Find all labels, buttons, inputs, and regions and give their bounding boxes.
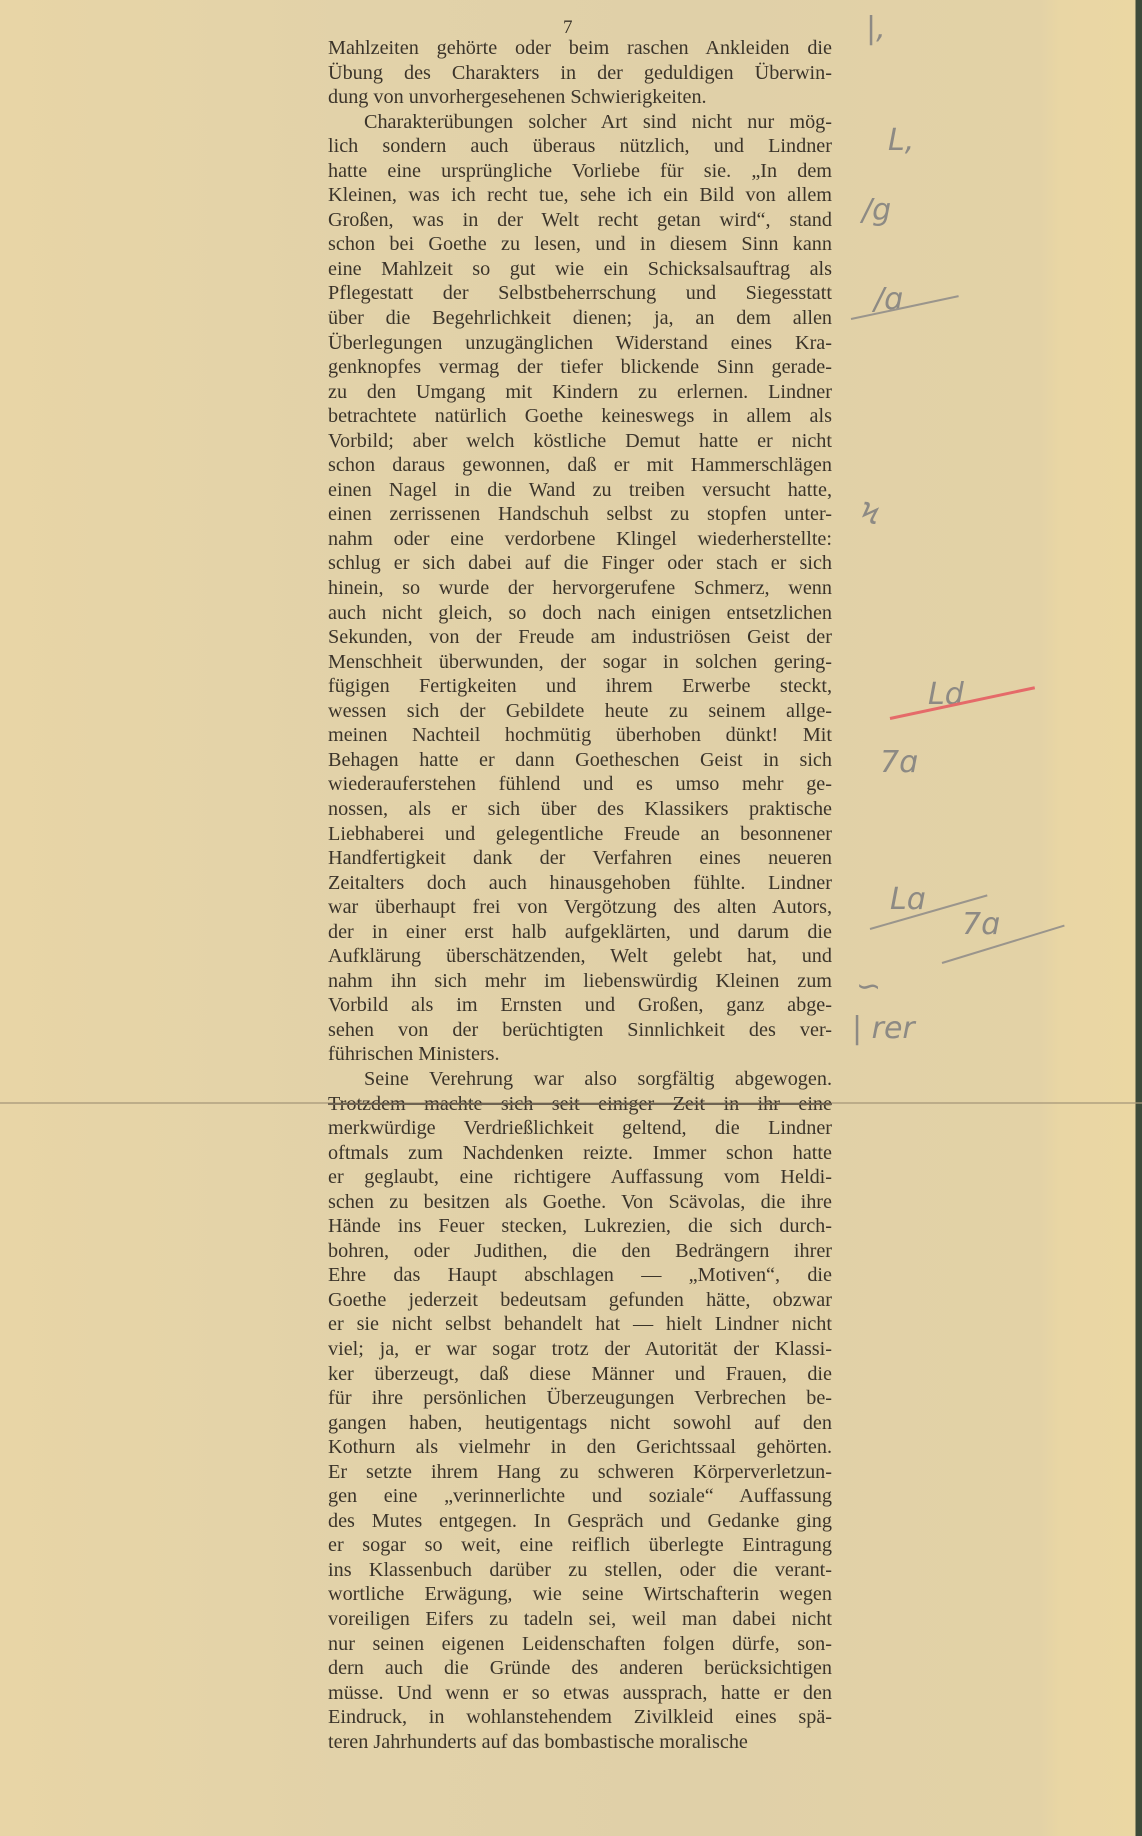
text-line: über die Begehrlichkeit dienen; ja, an d… — [328, 306, 832, 331]
handwritten-margin-note: 7ɑ — [880, 748, 918, 778]
text-line: schlug er sich dabei auf die Finger oder… — [328, 551, 832, 576]
handwritten-margin-note: ∽ — [856, 972, 881, 1002]
text-line: Behagen hatte er dann Goetheschen Geist … — [328, 748, 832, 773]
text-line: Hände ins Feuer stecken, Lukrezien, die … — [328, 1214, 832, 1239]
text-line: Handfertigkeit dank der Verfahren eines … — [328, 846, 832, 871]
text-line: Aufklärung überschätzenden, Welt gelebt … — [328, 944, 832, 969]
text-line: hinein, so wurde der hervorgerufene Schm… — [328, 576, 832, 601]
handwritten-margin-note: Ϟ — [860, 500, 880, 530]
text-line: Trotzdem machte sich seit einiger Zeit i… — [328, 1092, 832, 1117]
text-line: wiederauferstehen fühlend und es umso me… — [328, 772, 832, 797]
text-line: Überlegungen unzugänglichen Widerstand e… — [328, 331, 832, 356]
handwritten-margin-note: | rer — [852, 1014, 915, 1044]
text-line: meinen Nachteil hochmütig überhoben dünk… — [328, 723, 832, 748]
text-line: Übung des Charakters in der geduldigen Ü… — [328, 61, 832, 86]
text-line: hatte eine ursprüngliche Vorliebe für si… — [328, 159, 832, 184]
text-line: merkwürdige Verdrießlichkeit geltend, di… — [328, 1116, 832, 1141]
text-line: Großen, was in der Welt recht getan wird… — [328, 208, 832, 233]
scanned-page: 7 Mahlzeiten gehörte oder beim raschen A… — [0, 0, 1142, 1836]
text-line: wessen sich der Gebildete heute zu seine… — [328, 699, 832, 724]
text-line: nahm oder eine verdorbene Klingel wieder… — [328, 527, 832, 552]
text-line: Charakterübungen solcher Art sind nicht … — [328, 110, 832, 135]
text-line: sehen von der berüchtigten Sinnlichkeit … — [328, 1018, 832, 1043]
handwritten-margin-note: |, — [866, 14, 886, 44]
text-line: Menschheit überwunden, der sogar in solc… — [328, 650, 832, 675]
text-line: er sogar so weit, eine reiflich überlegt… — [328, 1533, 832, 1558]
text-line: ins Klassenbuch darüber zu stellen, oder… — [328, 1558, 832, 1583]
text-line: schen zu besitzen als Goethe. Von Scävol… — [328, 1190, 832, 1215]
text-line: für ihre persönlichen Überzeugungen Verb… — [328, 1386, 832, 1411]
text-line: Goethe jederzeit bedeutsam gefunden hätt… — [328, 1288, 832, 1313]
text-line: Liebhaberei und gelegentliche Freude an … — [328, 822, 832, 847]
text-line: viel; ja, er war sogar trotz der Autorit… — [328, 1337, 832, 1362]
text-line: betrachtete natürlich Goethe keineswegs … — [328, 404, 832, 429]
text-line: auch nicht gleich, so doch nach einigen … — [328, 601, 832, 626]
text-line: einen Nagel in die Wand zu treiben versu… — [328, 478, 832, 503]
text-line: dung von unvorhergesehenen Schwierigkeit… — [328, 85, 832, 110]
text-line: der in einer erst halb aufgeklärten, und… — [328, 920, 832, 945]
handwritten-margin-note: 7ɑ — [962, 910, 1000, 940]
body-text: Mahlzeiten gehörte oder beim raschen Ank… — [328, 36, 832, 1754]
text-line: dern auch die Gründe des anderen berücks… — [328, 1656, 832, 1681]
text-line: Vorbild; aber welch köstliche Demut hatt… — [328, 429, 832, 454]
text-line: Vorbild als im Ernsten und Großen, ganz … — [328, 993, 832, 1018]
text-line: führischen Ministers. — [328, 1042, 832, 1067]
text-line: nur seinen eigenen Leidenschaften folgen… — [328, 1632, 832, 1657]
text-line: Eindruck, in wohlanstehendem Zivilkleid … — [328, 1705, 832, 1730]
text-line: gangen haben, heutigentags nicht sowohl … — [328, 1411, 832, 1436]
pencil-strike — [851, 295, 959, 320]
text-line: er geglaubt, eine richtigere Auffassung … — [328, 1165, 832, 1190]
text-line: lich sondern auch überaus nützlich, und … — [328, 134, 832, 159]
text-line: zu den Umgang mit Kindern zu erlernen. L… — [328, 380, 832, 405]
text-line: war überhaupt frei von Vergötzung des al… — [328, 895, 832, 920]
text-line: bohren, oder Judithen, die den Bedränger… — [328, 1239, 832, 1264]
text-line: oftmals zum Nachdenken reizte. Immer sch… — [328, 1141, 832, 1166]
text-line: Mahlzeiten gehörte oder beim raschen Ank… — [328, 36, 832, 61]
text-line: genknopfes vermag der tiefer blickende S… — [328, 355, 832, 380]
text-line: nahm ihn sich mehr im liebenswürdig Klei… — [328, 969, 832, 994]
handwritten-margin-note: Lɑ — [890, 885, 926, 915]
text-line: nossen, als er sich über des Klassikers … — [328, 797, 832, 822]
text-line: schon daraus gewonnen, daß er mit Hammer… — [328, 453, 832, 478]
text-line: Sekunden, von der Freude am industriösen… — [328, 625, 832, 650]
text-line: gen eine „verinnerlichte und soziale“ Au… — [328, 1484, 832, 1509]
text-line: Kothurn als vielmehr in den Gerichtssaal… — [328, 1435, 832, 1460]
pencil-strike — [942, 925, 1065, 964]
text-line: ker überzeugt, daß diese Männer und Frau… — [328, 1362, 832, 1387]
text-line: Kleinen, was ich recht tue, sehe ich ein… — [328, 183, 832, 208]
text-line: Zeitalters doch auch hinausgehoben fühlt… — [328, 871, 832, 896]
text-line: teren Jahrhunderts auf das bombastische … — [328, 1730, 832, 1755]
text-line: er sie nicht selbst behandelt hat — hiel… — [328, 1312, 832, 1337]
text-line: einen zerrissenen Handschuh selbst zu st… — [328, 502, 832, 527]
text-line: Seine Verehrung war also sorgfältig abge… — [328, 1067, 832, 1092]
text-line: Er setzte ihrem Hang zu schweren Körperv… — [328, 1460, 832, 1485]
text-line: Ehre das Haupt abschlagen — „Motiven“, d… — [328, 1263, 832, 1288]
text-line: Pflegestatt der Selbstbeherrschung und S… — [328, 281, 832, 306]
text-line: des Mutes entgegen. In Gespräch und Geda… — [328, 1509, 832, 1534]
text-line: fügigen Fertigkeiten und ihrem Erwerbe s… — [328, 674, 832, 699]
text-line: schon bei Goethe zu lesen, und in diesem… — [328, 232, 832, 257]
handwritten-margin-note: L, — [888, 126, 914, 156]
text-line: eine Mahlzeit so gut wie ein Schicksalsa… — [328, 257, 832, 282]
handwritten-margin-note: /g — [862, 196, 891, 226]
text-line: müsse. Und wenn er so etwas aussprach, h… — [328, 1681, 832, 1706]
text-line: wortliche Erwägung, wie seine Wirtschaft… — [328, 1582, 832, 1607]
text-line: voreiligen Eifers zu tadeln sei, weil ma… — [328, 1607, 832, 1632]
